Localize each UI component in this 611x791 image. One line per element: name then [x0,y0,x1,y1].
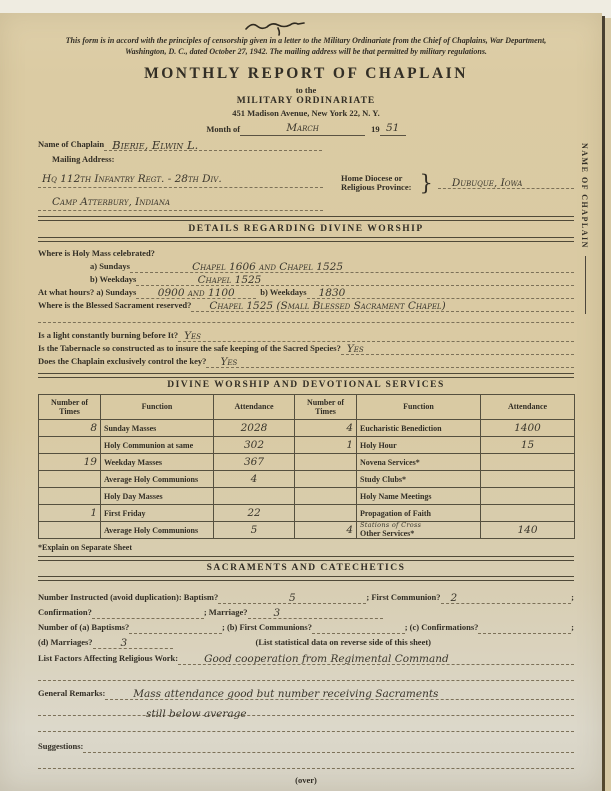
baptisms-number-line [129,622,222,634]
blank-continuation-line [38,314,574,323]
confirmation-marriage-field: Confirmation? ; Marriage? 3 [38,606,574,619]
key-control-line: Yes [206,356,574,368]
home-diocese-value: Dubuque, Iowa [438,178,574,189]
attendance-value: 15 [521,439,534,451]
baptism-instructed-line: 5 [218,592,366,604]
weekdays-mass-field: b) Weekdays Chapel 1525 [38,273,574,286]
attendance-value: 22 [247,507,260,519]
mass-hours-field: At what hours? a) Sundays 0900 and 1100 … [38,286,574,299]
light-burning-field: Is a light constantly burning before It?… [38,329,574,342]
tabernacle-line: Yes [341,343,574,355]
function-label: Holy Communion at same [101,437,214,454]
section-title-sacraments: SACRAMENTS AND CATECHETICS [38,563,574,574]
sunday-hours-line: 0900 and 1100 [136,287,256,299]
general-remarks-line-2: still below average [38,700,574,716]
function-label: Novena Services* [357,454,481,471]
vertical-field-rule [585,256,586,314]
section-title-divine-worship-details: DETAILS REGARDING DIVINE WORSHIP [38,224,574,235]
general-remarks-value-2: still below average [38,708,247,720]
sunday-hours-value: 0900 and 1100 [136,288,256,299]
function-label: Average Holy Communions [101,471,214,488]
tabernacle-field: Is the Tabernacle so constructed as to i… [38,342,574,355]
chaplain-name-label: Name of Chaplain [38,138,104,151]
first-communion-instructed-value: 2 [441,593,572,604]
function-label: Holy Hour [357,437,481,454]
year-prefix: 19 [365,123,380,136]
number-of-sacraments-field: Number of (a) Baptisms? ; (b) First Comm… [38,621,574,634]
marriages-number-value: 3 [93,638,173,649]
number-instructed-field: Number Instructed (avoid duplication): B… [38,591,574,604]
confirmation-instructed-line [92,607,204,619]
attendance-value: 140 [517,524,537,536]
reverse-side-note: (List statistical data on reverse side o… [173,636,514,649]
chaplain-name-value: Bierie, Elwin L. [104,140,322,151]
suggestions-field: Suggestions: [38,740,574,753]
censorship-notice: This form is in accord with the principl… [38,36,574,57]
times-value: 4 [346,524,353,536]
light-burning-value: Yes [178,331,574,342]
weekdays-mass-value: Chapel 1525 [136,275,574,286]
mailing-address-label: Mailing Address: [38,153,323,165]
mailing-address-line-2: Camp Atterbury, Indiana [38,192,323,211]
section-divider [38,576,574,581]
attendance-value: 302 [244,439,264,451]
function-label: Propagation of Faith [357,505,481,522]
weekday-hours-line: 1830 [307,287,574,299]
factors-value: Good cooperation from Regimental Command [178,654,574,665]
table-footnote: *Explain on Separate Sheet [38,542,574,553]
key-control-field: Does the Chaplain exclusively control th… [38,355,574,368]
suggestions-line [83,741,574,753]
mailing-address-line-1: Hq 112th Infantry Regt. - 28th Div. [38,169,323,188]
section-title-devotional-services: DIVINE WORSHIP AND DEVOTIONAL SERVICES [38,380,574,391]
year-value: 51 [386,122,399,134]
table-row: 19 Weekday Masses 367 Novena Services* [39,454,575,471]
first-communion-instructed-line: 2 [441,592,572,604]
col-header-function: Function [357,395,481,420]
function-label: Study Clubs* [357,471,481,488]
col-header-times: Number of Times [295,395,357,420]
marriages-number-line: 3 [93,637,173,649]
times-value: 4 [346,422,353,434]
confirmations-number-line [478,622,571,634]
year-value-line: 51 [380,122,406,136]
first-communions-number-line [312,622,405,634]
chaplain-name-field: Name of Chaplain Bierie, Elwin L. [38,138,574,151]
table-row: Average Holy Communions 5 4 Stations of … [39,522,575,539]
address-and-diocese-block: Mailing Address: Hq 112th Infantry Regt.… [38,153,574,211]
over-label: (over) [38,775,574,785]
table-row: Holy Day Masses Holy Name Meetings [39,488,575,505]
function-label: Holy Name Meetings [357,488,481,505]
times-value: 8 [90,422,97,434]
light-burning-line: Yes [178,330,574,342]
times-value: 19 [84,456,97,468]
col-header-times: Number of Times [39,395,101,420]
sundays-mass-field: a) Sundays Chapel 1606 and Chapel 1525 [38,260,574,273]
tabernacle-value: Yes [341,344,574,355]
factors-field: List Factors Affecting Religious Work: G… [38,652,574,665]
form-title: MONTHLY REPORT OF CHAPLAIN [38,65,574,83]
blessed-sacrament-line: Chapel 1525 (Small Blessed Sacrament Cha… [191,300,574,312]
sundays-mass-line: Chapel 1606 and Chapel 1525 [130,261,574,273]
function-label: Weekday Masses [101,454,214,471]
attendance-value: 1400 [514,422,541,434]
form-subtitle-to-the: to the [38,85,574,95]
function-label: Eucharistic Benediction [357,420,481,437]
ordinariate-name: MILITARY ORDINARIATE [38,96,574,106]
section-divider [38,373,574,378]
general-remarks-line-1: Mass attendance good but number receivin… [105,688,574,700]
blessed-sacrament-value: Chapel 1525 (Small Blessed Sacrament Cha… [191,301,574,312]
function-label: First Friday [101,505,214,522]
table-row: 1 First Friday 22 Propagation of Faith [39,505,575,522]
general-remarks-field: General Remarks: Mass attendance good bu… [38,687,574,700]
weekday-hours-value: 1830 [307,288,574,299]
attendance-value: 4 [251,473,258,485]
page-edge-strip [605,18,611,791]
table-row: Holy Communion at same 302 1 Holy Hour 1… [39,437,575,454]
sundays-mass-value: Chapel 1606 and Chapel 1525 [130,262,574,273]
function-label: Holy Day Masses [101,488,214,505]
month-label: Month of [206,123,240,136]
marriage-instructed-value: 3 [248,608,383,619]
month-value-line: March [240,122,365,136]
section-divider [38,216,574,221]
col-header-attendance: Attendance [481,395,575,420]
home-diocese-label: Home Diocese or Religious Province: [341,174,411,193]
general-remarks-value-1: Mass attendance good but number receivin… [105,689,574,700]
table-row: Average Holy Communions 4 Study Clubs* [39,471,575,488]
blank-continuation-line [38,667,574,681]
factors-line: Good cooperation from Regimental Command [178,653,574,665]
section-divider [38,556,574,561]
vertical-name-of-chaplain-label: NAME OF CHAPLAIN [580,143,589,249]
month-value: March [286,122,319,134]
weekdays-mass-line: Chapel 1525 [136,274,574,286]
function-label: Other Services* [360,529,414,538]
attendance-value: 2028 [241,422,268,434]
times-value: 1 [90,507,97,519]
marriage-instructed-line: 3 [248,607,383,619]
key-control-value: Yes [206,357,574,368]
home-diocese-field: Home Diocese or Religious Province: } Du… [323,155,574,211]
blank-continuation-line [38,753,574,769]
home-diocese-line: Dubuque, Iowa [438,177,574,189]
table-row: 8 Sunday Masses 2028 4 Eucharistic Bened… [39,420,575,437]
function-label: Sunday Masses [101,420,214,437]
function-label: Average Holy Communions [101,522,214,539]
baptism-instructed-value: 5 [218,593,366,604]
chaplain-name-line: Bierie, Elwin L. [104,139,322,151]
times-value: 1 [346,439,353,451]
col-header-function: Function [101,395,214,420]
ordinariate-address: 451 Madison Avenue, New York 22, N. Y. [38,108,574,118]
brace-glyph: } [411,171,437,195]
blessed-sacrament-field: Where is the Blessed Sacrament reserved?… [38,299,574,312]
mailing-address-field: Mailing Address: Hq 112th Infantry Regt.… [38,153,323,211]
devotional-services-table: Number of Times Function Attendance Numb… [38,394,575,539]
chaplain-report-scan: This form is in accord with the principl… [0,13,602,791]
marriages-number-field: (d) Marriages? 3 (List statistical data … [38,636,574,649]
month-field: Month of March 19 51 [38,122,574,136]
table-header-row: Number of Times Function Attendance Numb… [39,395,575,420]
section-divider [38,237,574,242]
attendance-value: 5 [251,524,258,536]
where-mass-question: Where is Holy Mass celebrated? [38,247,574,260]
col-header-attendance: Attendance [214,395,295,420]
attendance-value: 367 [244,456,264,468]
